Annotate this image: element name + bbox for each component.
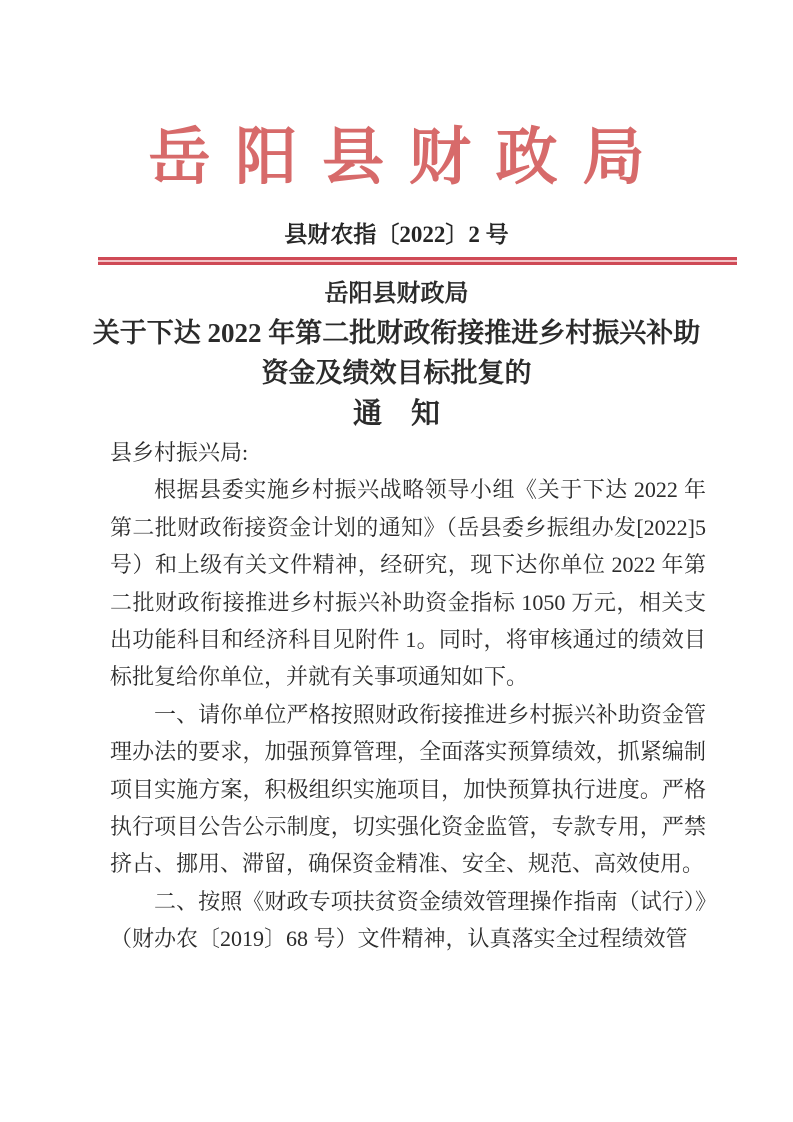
paragraph-basis: 根据县委实施乡村振兴战略领导小组《关于下达 2022 年第二批财政衔接资金计划的…	[110, 471, 706, 695]
paragraph-item-2: 二、按照《财政专项扶贫资金绩效管理操作指南（试行）》（财办农〔2019〕68 号…	[110, 883, 706, 958]
title-notice-line: 通 知	[0, 393, 793, 436]
title-subject-line-2: 资金及绩效目标批复的	[0, 353, 793, 393]
document-page: 岳阳县财政局 县财农指〔2022〕2 号 岳阳县财政局 关于下达 2022 年第…	[0, 0, 793, 1122]
doc-reference-number: 县财农指〔2022〕2 号	[0, 218, 793, 252]
document-title: 岳阳县财政局 关于下达 2022 年第二批财政衔接推进乡村振兴补助 资金及绩效目…	[0, 276, 793, 436]
document-body: 县乡村振兴局: 根据县委实施乡村振兴战略领导小组《关于下达 2022 年第二批财…	[110, 434, 706, 958]
title-agency-line: 岳阳县财政局	[0, 276, 793, 313]
agency-masthead: 岳阳县财政局	[0, 108, 793, 208]
title-subject-line-1: 关于下达 2022 年第二批财政衔接推进乡村振兴补助	[0, 313, 793, 353]
salutation: 县乡村振兴局:	[110, 434, 706, 471]
paragraph-item-1: 一、请你单位严格按照财政衔接推进乡村振兴补助资金管理办法的要求，加强预算管理，全…	[110, 696, 706, 883]
red-divider-rule	[98, 257, 737, 265]
